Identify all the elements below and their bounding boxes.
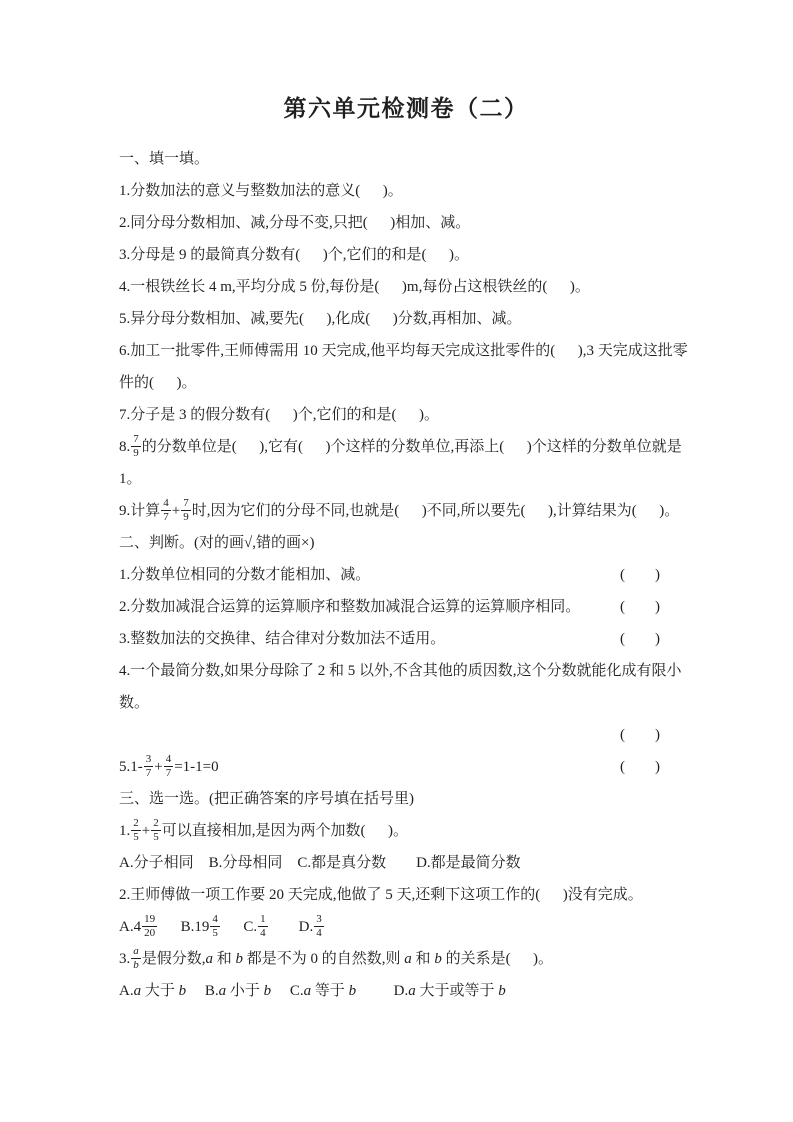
section-judge-heading: 二、判断。(对的画√,错的画×) xyxy=(119,527,693,559)
fraction: 47 xyxy=(164,753,174,779)
fill-question-1: 1.分数加法的意义与整数加法的意义( )。 xyxy=(119,175,693,207)
fraction: 79 xyxy=(181,497,191,523)
fraction: 14 xyxy=(258,913,268,939)
section-choice-heading: 三、选一选。(把正确答案的序号填在括号里) xyxy=(119,783,693,815)
fill-question-5: 5.异分母分数相加、减,要先( ),化成( )分数,再相加、减。 xyxy=(119,303,693,335)
judge-question-3-text: 3.整数加法的交换律、结合律对分数加法不适用。 xyxy=(119,623,620,655)
judge-answer-bracket-3: ( ) xyxy=(620,623,660,655)
fraction: 25 xyxy=(131,817,141,843)
judge-answer-bracket-1: ( ) xyxy=(620,559,660,591)
judge-question-2: 2.分数加减混合运算的运算顺序和整数加减混合运算的运算顺序相同。 ( ) xyxy=(119,591,693,623)
judge-question-4: 4.一个最简分数,如果分母除了 2 和 5 以外,不含其他的质因数,这个分数就能… xyxy=(119,655,693,751)
worksheet-page: 第六单元检测卷（二） 一、填一填。 1.分数加法的意义与整数加法的意义( )。 … xyxy=(0,0,793,1122)
fill-question-4: 4.一根铁丝长 4 m,平均分成 5 份,每份是( )m,每份占这根铁丝的( )… xyxy=(119,271,693,303)
fraction: 34 xyxy=(314,913,324,939)
fraction: 45 xyxy=(210,913,220,939)
choice-question-1-options: A.分子相同 B.分母相同 C.都是真分数 D.都是最简分数 xyxy=(119,847,693,879)
section-fill-in: 一、填一填。 1.分数加法的意义与整数加法的意义( )。 2.同分母分数相加、减… xyxy=(119,143,693,527)
judge-question-1: 1.分数单位相同的分数才能相加、减。 ( ) xyxy=(119,559,693,591)
judge-answer-bracket-4: ( ) xyxy=(119,719,693,751)
judge-question-1-text: 1.分数单位相同的分数才能相加、减。 xyxy=(119,559,620,591)
judge-answer-bracket-2: ( ) xyxy=(620,591,660,623)
section-judge: 二、判断。(对的画√,错的画×) 1.分数单位相同的分数才能相加、减。 ( ) … xyxy=(119,527,693,783)
judge-question-4-text: 4.一个最简分数,如果分母除了 2 和 5 以外,不含其他的质因数,这个分数就能… xyxy=(119,655,693,719)
fraction: 1920 xyxy=(142,913,157,939)
choice-question-2: 2.王师傅做一项工作要 20 天完成,他做了 5 天,还剩下这项工作的( )没有… xyxy=(119,879,693,911)
page-title: 第六单元检测卷（二） xyxy=(119,90,693,123)
fraction: 37 xyxy=(144,753,154,779)
fill-question-6: 6.加工一批零件,王师傅需用 10 天完成,他平均每天完成这批零件的( ),3 … xyxy=(119,335,693,399)
judge-question-5: 5.1-37+47=1-1=0 ( ) xyxy=(119,751,693,783)
judge-question-2-text: 2.分数加减混合运算的运算顺序和整数加减混合运算的运算顺序相同。 xyxy=(119,591,620,623)
fraction: 47 xyxy=(161,497,171,523)
fraction: 79 xyxy=(131,433,141,459)
section-choice: 三、选一选。(把正确答案的序号填在括号里) 1.25+25可以直接相加,是因为两… xyxy=(119,783,693,1007)
choice-question-3: 3.ab是假分数,a 和 b 都是不为 0 的自然数,则 a 和 b 的关系是(… xyxy=(119,943,693,975)
choice-question-1: 1.25+25可以直接相加,是因为两个加数( )。 xyxy=(119,815,693,847)
judge-answer-bracket-5: ( ) xyxy=(620,751,660,783)
fill-question-8: 8.79的分数单位是( ),它有( )个这样的分数单位,再添上( )个这样的分数… xyxy=(119,431,693,495)
fill-question-3: 3.分母是 9 的最简真分数有( )个,它们的和是( )。 xyxy=(119,239,693,271)
choice-question-2-options: A.41920 B.1945 C.14 D.34 xyxy=(119,911,693,943)
section-fill-heading: 一、填一填。 xyxy=(119,143,693,175)
judge-question-3: 3.整数加法的交换律、结合律对分数加法不适用。 ( ) xyxy=(119,623,693,655)
fraction: ab xyxy=(131,945,141,971)
fill-question-7: 7.分子是 3 的假分数有( )个,它们的和是( )。 xyxy=(119,399,693,431)
fill-question-2: 2.同分母分数相加、减,分母不变,只把( )相加、减。 xyxy=(119,207,693,239)
judge-question-5-text: 5.1-37+47=1-1=0 xyxy=(119,751,620,783)
choice-question-3-options: A.a 大于 b B.a 小于 b C.a 等于 b D.a 大于或等于 b xyxy=(119,975,693,1007)
fraction: 25 xyxy=(151,817,161,843)
fill-question-9: 9.计算47+79时,因为它们的分母不同,也就是( )不同,所以要先( ),计算… xyxy=(119,495,693,527)
